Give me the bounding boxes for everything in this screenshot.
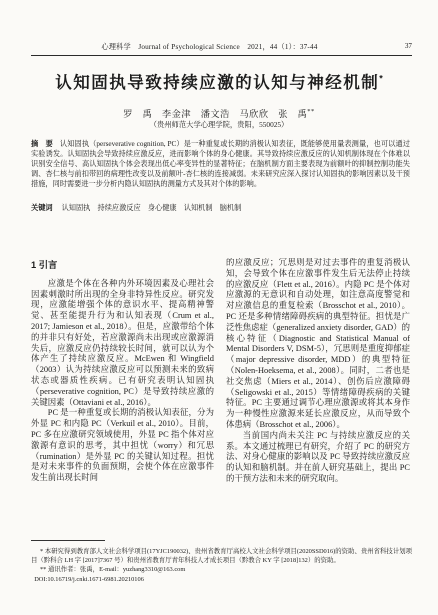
paper-page: 心理科学 Journal of Psychological Science 20…: [0, 0, 438, 615]
footnote-rule: [31, 540, 105, 541]
paper-title: 认知固执导致持续应激的认知与神经机制*: [0, 69, 438, 93]
running-header: 心理科学 Journal of Psychological Science 20…: [31, 42, 412, 54]
title-footnote-mark: *: [379, 74, 383, 84]
author-names: 罗 禹 李金津 潘文浩 马欣欣 张 禹: [123, 109, 307, 119]
paper-title-text: 认知固执导致持续应激的认知与神经机制: [55, 74, 379, 92]
footnotes-block: * 本研究得到教育部人文社会科学项目(17YJC190032)、贵州省教育厅高校…: [31, 547, 412, 584]
keywords-text: 认知固执 持续应激反应 身心健康 认知机制 脑机制: [62, 204, 242, 212]
keywords-block: 关键词认知固执 持续应激反应 身心健康 认知机制 脑机制: [31, 203, 410, 213]
intro-paragraph-1: 应激是个体在各种内外环境因素及心理社会因素刺激时所出现的全身非特异性反应。研究发…: [31, 279, 214, 409]
corresponding-author-mark: **: [307, 108, 315, 115]
header-rule: [31, 55, 412, 56]
intro-paragraph-2-left: PC 是一种重复或长期的消极认知表征，分为外显 PC 和内隐 PC（Verkui…: [31, 408, 214, 484]
abstract-label: 摘 要: [31, 139, 53, 148]
abstract-block: 摘 要认知固执（perseverative cognition, PC）是一种重…: [31, 139, 410, 190]
affiliation: （贵州师范大学心理学院，贵阳，550025）: [0, 120, 438, 130]
body-column-left: 1 引言 应激是个体在各种内外环境因素及心理社会因素刺激时所出现的全身非特异性反…: [31, 258, 214, 536]
page-number: 37: [405, 42, 412, 50]
section-heading-introduction: 1 引言: [31, 260, 214, 271]
footnote-corresponding-author: ** 通讯作者：张禹，E-mail：yuzhang3310@163.com: [31, 565, 412, 574]
intro-paragraph-3: 当前国内尚未关注 PC 与持续应激反应的关系。本文通过梳理已有研究，介绍了 PC…: [226, 431, 410, 485]
body-column-right: 的应激反应；冗思则是对过去事件的重复消极认知，会导致个体在应激事件发生后无法停止…: [226, 258, 410, 536]
abstract-text: 认知固执（perseverative cognition, PC）是一种重复或长…: [31, 140, 410, 188]
footnote-funding: * 本研究得到教育部人文社会科学项目(17YJC190032)、贵州省教育厅高校…: [31, 547, 412, 565]
journal-line: 心理科学 Journal of Psychological Science 20…: [31, 42, 388, 52]
keywords-label: 关键词: [31, 203, 53, 212]
intro-paragraph-2-right: 的应激反应；冗思则是对过去事件的重复消极认知，会导致个体在应激事件发生后无法停止…: [226, 258, 410, 431]
footnote-doi: DOI:10.16719/j.cnki.1671-6981.20210106: [31, 575, 412, 584]
authors-line: 罗 禹 李金津 潘文浩 马欣欣 张 禹**: [0, 106, 438, 120]
